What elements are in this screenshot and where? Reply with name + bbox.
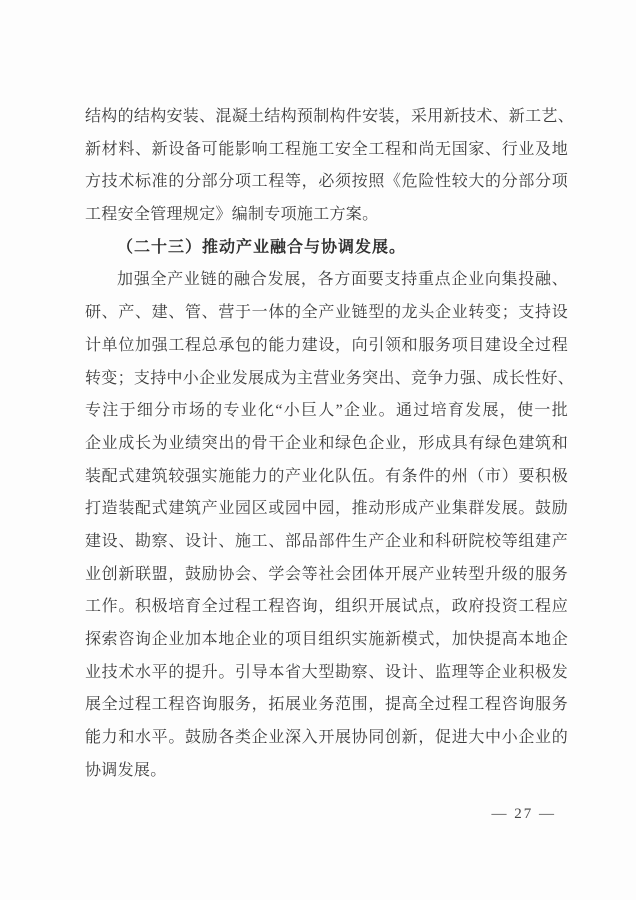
text-line: 方技术标准的分部分项工程等，必须按照《危险性较大的分部分项	[85, 166, 568, 199]
text-line: 业技术水平的提升。引导本省大型勘察、设计、监理等企业积极发	[85, 657, 568, 690]
text-line: 能力和水平。鼓励各类企业深入开展协同创新，促进大中小企业的	[85, 722, 568, 755]
document-body: 结构的结构安装、混凝土结构预制构件安装，采用新技术、新工艺、新材料、新设备可能影…	[85, 101, 568, 787]
text-line: 协调发展。	[85, 755, 568, 788]
document-page: 结构的结构安装、混凝土结构预制构件安装，采用新技术、新工艺、新材料、新设备可能影…	[0, 0, 636, 900]
text-line: 转变；支持中小企业发展成为主营业务突出、竞争力强、成长性好、	[85, 363, 568, 396]
text-line: 结构的结构安装、混凝土结构预制构件安装，采用新技术、新工艺、	[85, 101, 568, 134]
text-line: 加强全产业链的融合发展，各方面要支持重点企业向集投融、	[85, 264, 568, 297]
text-line: 专注于细分市场的专业化“小巨人”企业。通过培育发展，使一批	[85, 395, 568, 428]
text-line: 探索咨询企业加本地企业的项目组织实施新模式，加快提高本地企	[85, 624, 568, 657]
page-number: — 27 —	[492, 806, 557, 823]
text-line: 企业成长为业绩突出的骨干企业和绿色企业，形成具有绿色建筑和	[85, 428, 568, 461]
text-line: 研、产、建、管、营于一体的全产业链型的龙头企业转变；支持设	[85, 297, 568, 330]
text-line: 业创新联盟，鼓励协会、学会等社会团体开展产业转型升级的服务	[85, 559, 568, 592]
text-line: 展全过程工程咨询服务，拓展业务范围，提高全过程工程咨询服务	[85, 689, 568, 722]
text-line: 计单位加强工程总承包的能力建设，向引领和服务项目建设全过程	[85, 330, 568, 363]
text-line: 打造装配式建筑产业园区或园中园，推动形成产业集群发展。鼓励	[85, 493, 568, 526]
text-line: 装配式建筑较强实施能力的产业化队伍。有条件的州（市）要积极	[85, 461, 568, 494]
text-line: 工程安全管理规定》编制专项施工方案。	[85, 199, 568, 232]
section-heading: （二十三）推动产业融合与协调发展。	[85, 232, 568, 265]
text-line: 建设、勘察、设计、施工、部品部件生产企业和科研院校等组建产	[85, 526, 568, 559]
text-line: 工作。积极培育全过程工程咨询，组织开展试点，政府投资工程应	[85, 591, 568, 624]
text-line: 新材料、新设备可能影响工程施工安全工程和尚无国家、行业及地	[85, 134, 568, 167]
